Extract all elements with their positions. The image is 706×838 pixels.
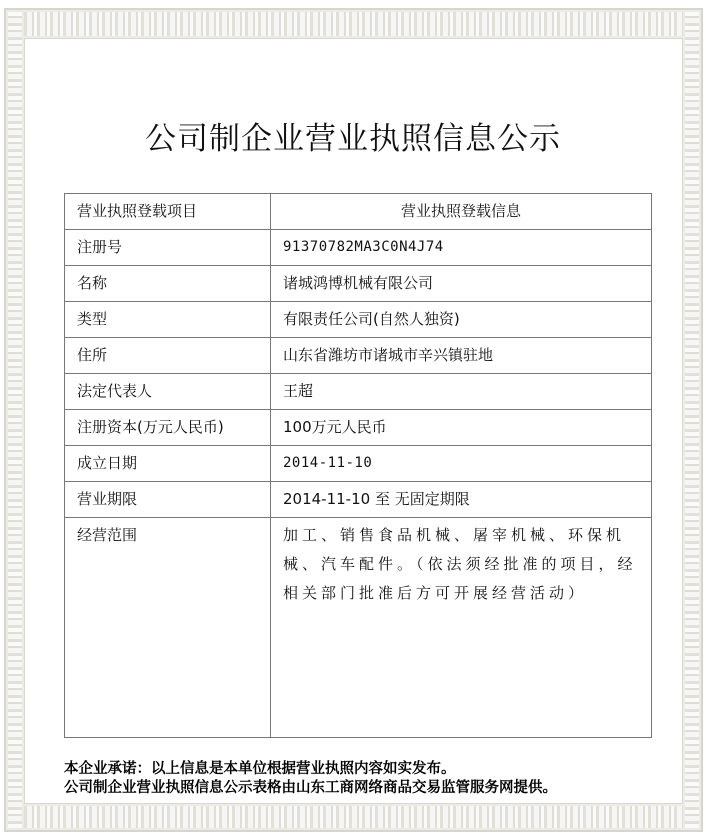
footer-notice: 本企业承诺：以上信息是本单位根据营业执照内容如实发布。 公司制企业营业执照信息公…: [64, 760, 557, 798]
table-row-registration-number: 注册号 91370782MA3C0N4J74: [65, 230, 652, 266]
page-title: 公司制企业营业执照信息公示: [0, 113, 706, 158]
row-value: 山东省潍坊市诸城市辛兴镇驻地: [271, 338, 652, 374]
table-row-legal-representative: 法定代表人 王超: [65, 374, 652, 410]
frame-border-bottom: [6, 804, 701, 830]
row-label: 法定代表人: [65, 374, 271, 410]
row-label: 经营范围: [65, 518, 271, 738]
footer-provider-text: 公司制企业营业执照信息公示表格由山东工商网络商品交易监管服务网提供。: [64, 779, 557, 798]
table-row-address: 住所 山东省潍坊市诸城市辛兴镇驻地: [65, 338, 652, 374]
table-row-type: 类型 有限责任公司(自然人独资): [65, 302, 652, 338]
row-label: 注册号: [65, 230, 271, 266]
table-row-established-date: 成立日期 2014-11-10: [65, 446, 652, 482]
table-row-registered-capital: 注册资本(万元人民币) 100万元人民币: [65, 410, 652, 446]
row-value: 91370782MA3C0N4J74: [271, 230, 652, 266]
header-label-column: 营业执照登载项目: [65, 194, 271, 230]
row-value: 诸城鸿博机械有限公司: [271, 266, 652, 302]
table-row-business-term: 营业期限 2014-11-10 至 无固定期限: [65, 482, 652, 518]
row-value: 有限责任公司(自然人独资): [271, 302, 652, 338]
table-row-business-scope: 经营范围 加工、销售食品机械、屠宰机械、环保机械、汽车配件。（依法须经批准的项目…: [65, 518, 652, 738]
row-value: 王超: [271, 374, 652, 410]
row-label: 成立日期: [65, 446, 271, 482]
frame-border-top: [6, 10, 701, 38]
row-label: 营业期限: [65, 482, 271, 518]
row-value: 加工、销售食品机械、屠宰机械、环保机械、汽车配件。（依法须经批准的项目，经相关部…: [271, 518, 652, 738]
header-value-column: 营业执照登载信息: [271, 194, 652, 230]
row-label: 名称: [65, 266, 271, 302]
row-value: 100万元人民币: [271, 410, 652, 446]
row-label: 住所: [65, 338, 271, 374]
row-label: 注册资本(万元人民币): [65, 410, 271, 446]
table-row-name: 名称 诸城鸿博机械有限公司: [65, 266, 652, 302]
license-info-table: 营业执照登载项目 营业执照登载信息 注册号 91370782MA3C0N4J74…: [64, 193, 652, 738]
footer-commitment-text: 本企业承诺：以上信息是本单位根据营业执照内容如实发布。: [64, 760, 557, 779]
row-value: 2014-11-10: [271, 446, 652, 482]
row-label: 类型: [65, 302, 271, 338]
row-value: 2014-11-10 至 无固定期限: [271, 482, 652, 518]
table-header-row: 营业执照登载项目 营业执照登载信息: [65, 194, 652, 230]
